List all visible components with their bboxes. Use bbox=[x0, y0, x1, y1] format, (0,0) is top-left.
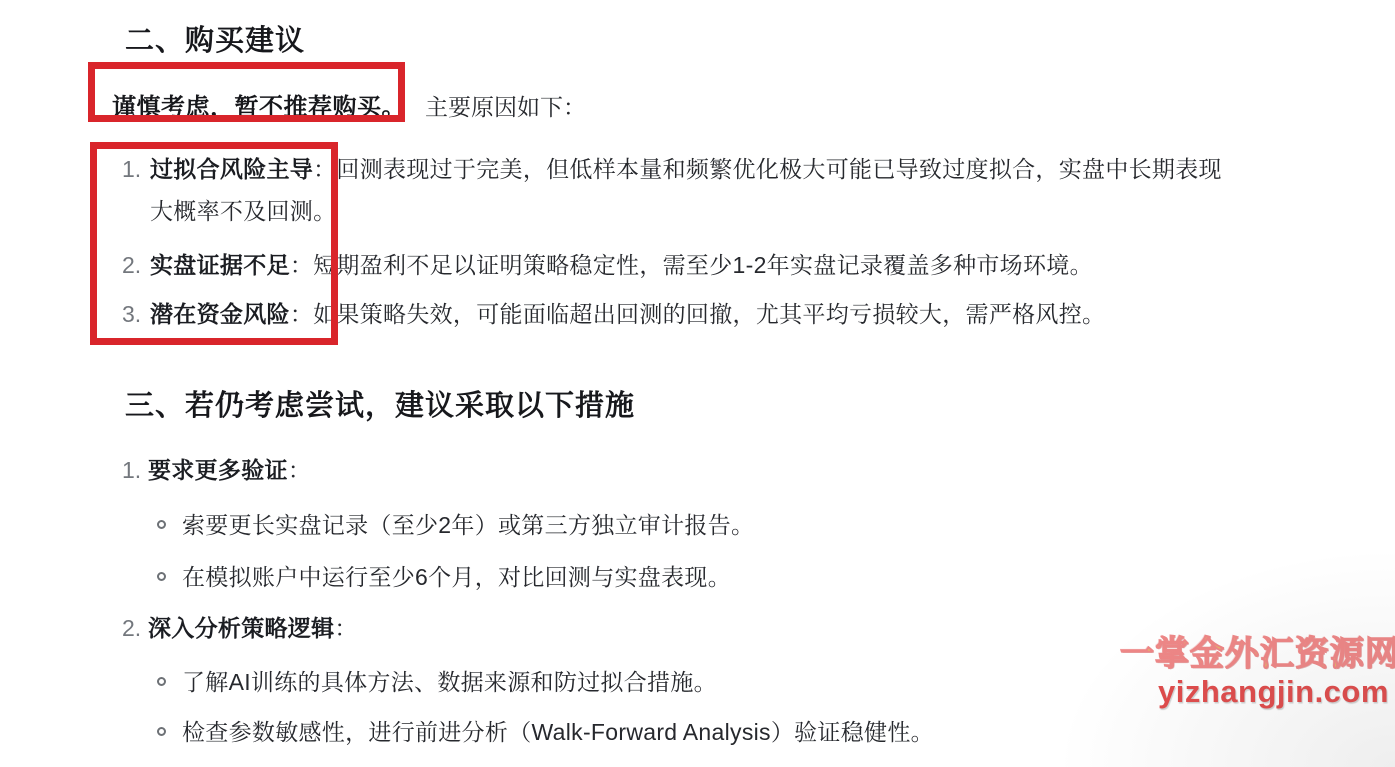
reasons-intro-label: 主要原因如下： bbox=[425, 89, 586, 122]
sub-bullet-text: 在模拟账户中运行至少6个月，对比回测与实盘表现。 bbox=[182, 559, 731, 595]
list-number: 3. bbox=[122, 293, 141, 335]
term-separator: ： bbox=[290, 252, 313, 278]
measure-term: 要求更多验证 bbox=[148, 457, 288, 483]
sub-bullet-item: 检查参数敏感性，进行前进分析（Walk-Forward Analysis）验证稳… bbox=[157, 714, 934, 750]
hollow-bullet-icon bbox=[157, 572, 166, 581]
measure-item-1: 要求更多验证： bbox=[148, 452, 311, 488]
reason-term: 过拟合风险主导 bbox=[150, 156, 313, 182]
sub-bullet-text: 检查参数敏感性，进行前进分析（Walk-Forward Analysis）验证稳… bbox=[182, 714, 934, 750]
watermark-site-url: yizhangjin.com bbox=[1158, 674, 1389, 710]
measure-item-2: 深入分析策略逻辑： bbox=[148, 610, 358, 646]
sub-bullet-text: 索要更长实盘记录（至少2年）或第三方独立审计报告。 bbox=[182, 507, 754, 543]
section-2-heading: 二、购买建议 bbox=[125, 18, 305, 59]
reason-term: 实盘证据不足 bbox=[150, 252, 290, 278]
hollow-bullet-icon bbox=[157, 727, 166, 736]
hollow-bullet-icon bbox=[157, 520, 166, 529]
list-number: 2. bbox=[122, 244, 141, 286]
reason-term: 潜在资金风险 bbox=[150, 301, 290, 327]
hollow-bullet-icon bbox=[157, 677, 166, 686]
reason-item-2: 实盘证据不足：短期盈利不足以证明策略稳定性，需至少1-2年实盘记录覆盖多种市场环… bbox=[150, 244, 1310, 286]
term-separator: ： bbox=[288, 457, 311, 483]
sub-bullet-text: 了解AI训练的具体方法、数据来源和防过拟合措施。 bbox=[182, 664, 717, 700]
reason-item-3: 潜在资金风险：如果策略失效，可能面临超出回测的回撤，尤其平均亏损较大，需严格风控… bbox=[150, 293, 1310, 335]
list-number: 1. bbox=[122, 452, 141, 488]
section-3-heading: 三、若仍考虑尝试，建议采取以下措施 bbox=[125, 383, 635, 424]
list-number: 2. bbox=[122, 610, 141, 646]
term-separator: ： bbox=[334, 615, 357, 641]
sub-bullet-item: 在模拟账户中运行至少6个月，对比回测与实盘表现。 bbox=[157, 559, 731, 595]
list-number: 1. bbox=[122, 148, 141, 190]
sub-bullet-item: 了解AI训练的具体方法、数据来源和防过拟合措施。 bbox=[157, 664, 717, 700]
document-page: 二、购买建议 谨慎考虑，暂不推荐购买。 主要原因如下： 1. 过拟合风险主导：回… bbox=[0, 0, 1395, 767]
term-separator: ： bbox=[313, 156, 336, 182]
watermark-site-name: 一掌金外汇资源网 bbox=[1120, 626, 1395, 675]
reason-detail: 如果策略失效，可能面临超出回测的回撤，尤其平均亏损较大，需严格风控。 bbox=[313, 301, 1105, 327]
reason-detail: 短期盈利不足以证明策略稳定性，需至少1-2年实盘记录覆盖多种市场环境。 bbox=[313, 252, 1093, 278]
measure-term: 深入分析策略逻辑 bbox=[148, 615, 334, 641]
reason-item-1: 过拟合风险主导：回测表现过于完美，但低样本量和频繁优化极大可能已导致过度拟合，实… bbox=[150, 148, 1242, 232]
sub-bullet-item: 索要更长实盘记录（至少2年）或第三方独立审计报告。 bbox=[157, 507, 754, 543]
term-separator: ： bbox=[290, 301, 313, 327]
recommendation-statement: 谨慎考虑，暂不推荐购买。 bbox=[112, 87, 406, 122]
